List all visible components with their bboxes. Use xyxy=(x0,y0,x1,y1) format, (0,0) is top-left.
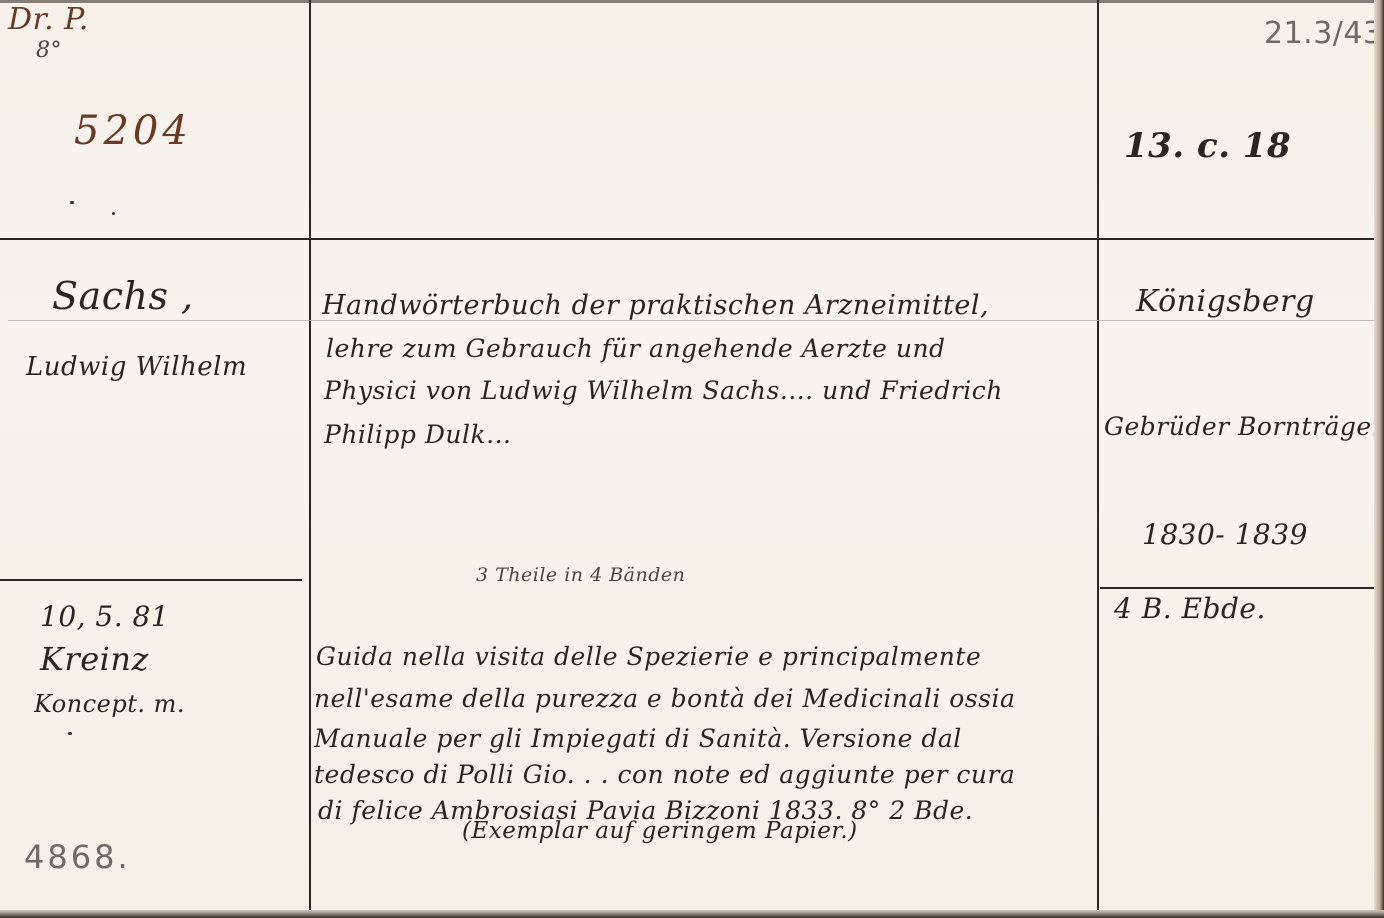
cataloger-name: Kreinz xyxy=(40,640,149,678)
note-line-3: Manuale per gli Impiegati di Sanità. Ver… xyxy=(314,724,962,753)
ink-dot xyxy=(112,212,115,215)
author-given-names: Ludwig Wilhelm xyxy=(26,352,247,382)
format-mark: Dr. P. xyxy=(8,2,89,37)
grid-line-right-bottom xyxy=(1100,587,1376,589)
catalog-number: 5204 xyxy=(74,108,192,154)
author-surname: Sachs , xyxy=(52,274,194,318)
title-line-4: Philipp Dulk... xyxy=(324,420,512,449)
card-edge-top xyxy=(0,0,1384,3)
grid-line-top-row xyxy=(0,238,1376,240)
note-line-2: nell'esame della purezza e bontà dei Med… xyxy=(314,684,1015,713)
card-edge-bottom xyxy=(0,910,1384,918)
catalog-card: Dr. P. 8° 5204 21.3/43 13. c. 18 Sachs ,… xyxy=(0,0,1376,912)
size-mark: 8° xyxy=(36,38,62,63)
pencil-reference: 21.3/43 xyxy=(1264,16,1376,51)
title-line-1: Handwörterbuch der praktischen Arzneimit… xyxy=(322,290,989,321)
note-line-6: (Exemplar auf geringem Papier.) xyxy=(462,818,858,844)
pencil-number: 4868. xyxy=(24,838,131,876)
shelfmark: 13. c. 18 xyxy=(1124,126,1291,166)
note-line-1: Guida nella visita delle Spezierie e pri… xyxy=(316,642,981,671)
volumes-note: 3 Theile in 4 Bänden xyxy=(476,564,685,586)
ink-dot xyxy=(70,201,74,204)
acquisition-date: 10, 5. 81 xyxy=(40,600,169,633)
ink-dot xyxy=(68,732,72,735)
title-line-3: Physici von Ludwig Wilhelm Sachs.... und… xyxy=(324,376,1003,405)
imprint-years: 1830- 1839 xyxy=(1142,518,1308,551)
note-line-4: tedesco di Polli Gio. . . con note ed ag… xyxy=(314,760,1015,789)
grid-line-left-column xyxy=(309,0,311,912)
title-line-2: lehre zum Gebrauch für angehende Aerzte … xyxy=(326,334,946,363)
volume-count: 4 B. Ebde. xyxy=(1114,592,1266,625)
imprint-place: Königsberg xyxy=(1136,284,1315,319)
concept-note: Koncept. m. xyxy=(34,690,185,718)
grid-line-left-bottom xyxy=(0,579,302,581)
imprint-publisher: Gebrüder Bornträger xyxy=(1104,412,1376,441)
card-edge-right xyxy=(1374,0,1384,918)
grid-line-right-column xyxy=(1097,0,1099,912)
